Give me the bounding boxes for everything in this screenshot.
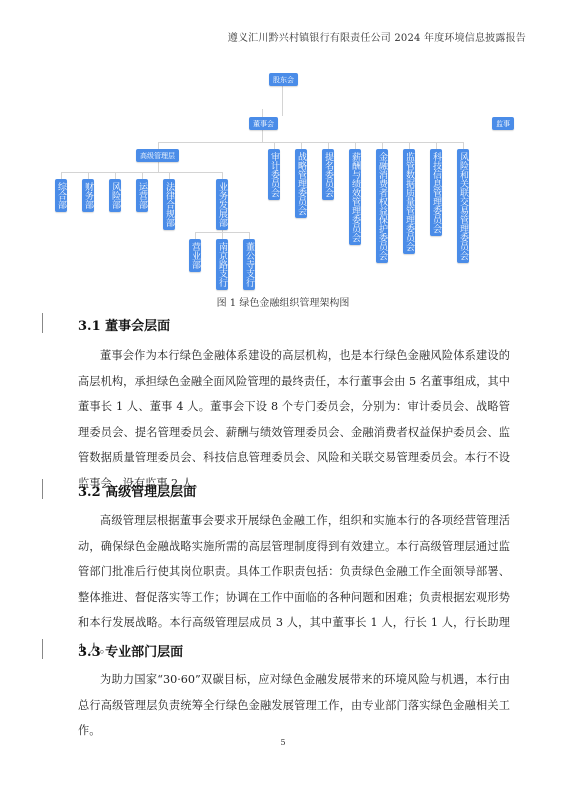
connector-line <box>409 142 410 149</box>
connector-line <box>88 172 89 179</box>
connector-line <box>301 142 302 149</box>
node-committee: 科技信息管理委员会 <box>430 149 442 236</box>
section-body-3-2: 高级管理层根据董事会要求开展绿色金融工作，组织和实施本行的各项经营管理活动，确保… <box>78 508 510 661</box>
connector-line <box>262 109 263 117</box>
connector-line <box>262 129 263 142</box>
section-heading-3-1: 3.1 董事会层面 <box>78 315 170 334</box>
connector-line <box>274 142 275 149</box>
connector-line <box>158 142 464 143</box>
connector-line <box>222 172 223 179</box>
node-committee: 监管数据质量管理委员会 <box>403 149 415 254</box>
connector-line <box>195 232 196 239</box>
node-supervisor: 监事 <box>492 117 514 130</box>
connector-line <box>158 142 159 149</box>
change-bar <box>42 313 43 333</box>
connector-line <box>115 172 116 179</box>
node-department: 综合部 <box>55 179 67 212</box>
node-senior-management: 高级管理层 <box>136 149 179 162</box>
node-committee: 薪酬与绩效管理委员会 <box>349 149 361 245</box>
org-chart: 股东会 董事会 监事 高级管理层 综合部 财务部 风险部 运营部 法律合规部 业… <box>0 0 566 300</box>
node-board: 董事会 <box>249 117 278 130</box>
connector-line <box>169 172 170 179</box>
node-department: 业务发展部 <box>216 179 228 230</box>
node-committee: 审计委员会 <box>268 149 280 200</box>
connector-line <box>382 142 383 149</box>
connector-line <box>249 232 250 239</box>
node-department: 风险部 <box>109 179 121 212</box>
change-bar <box>42 479 43 499</box>
node-committee: 提名委员会 <box>322 149 334 200</box>
section-body-3-1: 董事会作为本行绿色金融体系建设的高层机构，也是本行绿色金融风险体系建设的高层机构… <box>78 343 510 496</box>
connector-line <box>222 232 223 239</box>
node-shareholders: 股东会 <box>269 73 298 86</box>
node-committee: 战略管理委员会 <box>295 149 307 218</box>
figure-caption: 图 1 绿色金融组织管理架构图 <box>0 294 566 309</box>
section-heading-3-3: 3.3 专业部门层面 <box>78 641 183 660</box>
page-number: 5 <box>0 738 566 747</box>
connector-line <box>436 142 437 149</box>
node-branch: 南京路支行 <box>216 239 228 290</box>
section-heading-3-2: 3.2 高级管理层层面 <box>78 481 196 500</box>
connector-line <box>142 172 143 179</box>
node-department: 运营部 <box>136 179 148 212</box>
change-bar <box>42 639 43 659</box>
node-department: 财务部 <box>82 179 94 212</box>
section-body-3-3: 为助力国家“30·60”双碳目标，应对绿色金融发展带来的环境风险与机遇，本行由总… <box>78 667 510 744</box>
node-branch: 营业部 <box>189 239 201 272</box>
connector-line <box>355 142 356 149</box>
connector-line <box>282 82 283 116</box>
node-committee: 金融消费者权益保护委员会 <box>376 149 388 263</box>
node-committee: 风险和关联交易管理委员会 <box>457 149 469 263</box>
node-department: 法律合规部 <box>163 179 175 230</box>
node-branch: 董公寺支行 <box>243 239 255 290</box>
connector-line <box>463 142 464 149</box>
connector-line <box>61 172 62 179</box>
connector-line <box>328 142 329 149</box>
